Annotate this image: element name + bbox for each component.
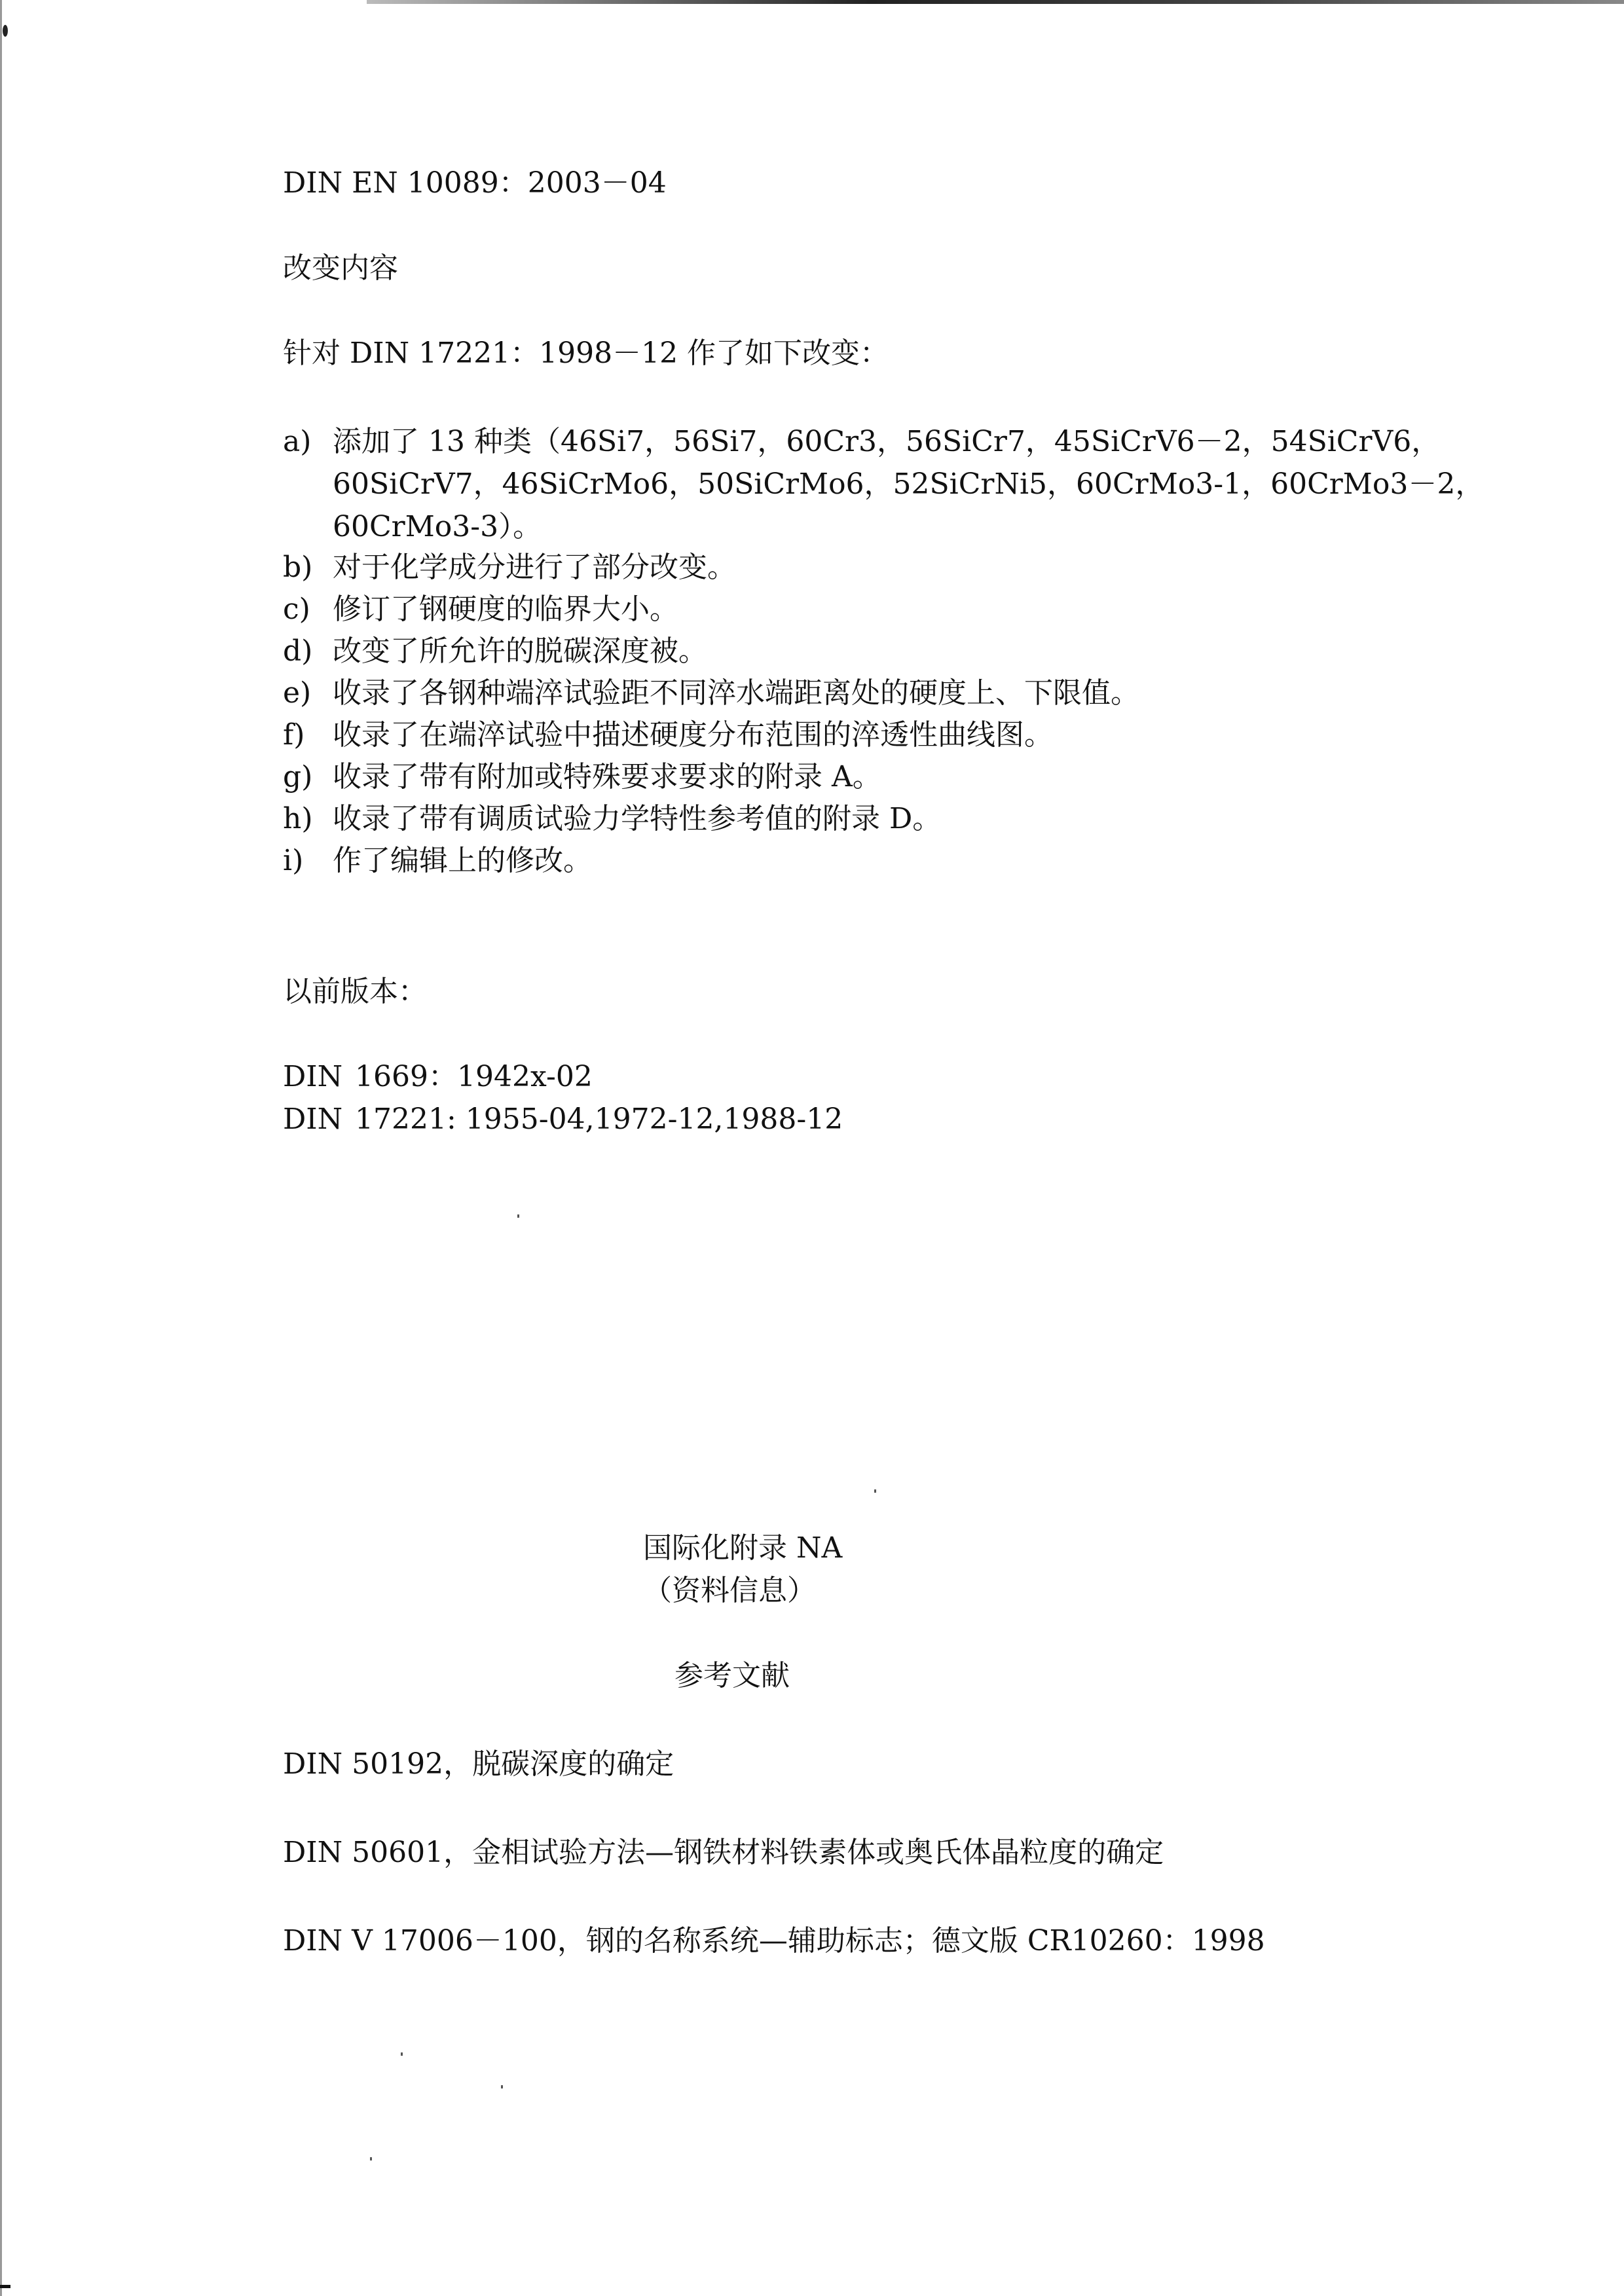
list-marker: d) bbox=[283, 633, 333, 670]
list-marker: i) bbox=[283, 843, 333, 879]
list-item-d: d)改变了所允许的脱碳深度被。 bbox=[283, 633, 707, 670]
list-item-text: 收录了带有附加或特殊要求要求的附录 A。 bbox=[333, 760, 881, 793]
list-item-h: h)收录了带有调质试验力学特性参考值的附录 D。 bbox=[283, 801, 941, 837]
list-item-g: g)收录了带有附加或特殊要求要求的附录 A。 bbox=[283, 759, 881, 795]
edition-code: DIN bbox=[283, 1101, 355, 1138]
list-item-b: b)对于化学成分进行了部分改变。 bbox=[283, 549, 736, 586]
scan-speck bbox=[874, 1489, 876, 1493]
list-item-e: e)收录了各钢种端淬试验距不同淬水端距离处的硬度上、下限值。 bbox=[283, 675, 1139, 712]
list-item-text: 改变了所允许的脱碳深度被。 bbox=[333, 634, 707, 668]
scan-edge-top bbox=[367, 0, 1624, 4]
changes-intro: 针对 DIN 17221：1998－12 作了如下改变： bbox=[283, 335, 889, 372]
list-marker: e) bbox=[283, 675, 333, 712]
scan-speck bbox=[501, 2085, 503, 2088]
scan-speck bbox=[370, 2157, 372, 2160]
list-marker: f) bbox=[283, 717, 333, 754]
scan-punch-mark bbox=[3, 25, 8, 37]
list-marker: h) bbox=[283, 801, 333, 837]
list-marker: b) bbox=[283, 549, 333, 586]
bibliography-heading: 参考文献 bbox=[674, 1658, 790, 1694]
list-item-f: f)收录了在端淬试验中描述硬度分布范围的淬透性曲线图。 bbox=[283, 717, 1053, 754]
reference-item: DIN 50192，脱碳深度的确定 bbox=[283, 1746, 674, 1783]
standard-designation: DIN EN 10089：2003－04 bbox=[283, 165, 667, 202]
list-marker: g) bbox=[283, 759, 333, 795]
list-marker: a) bbox=[283, 424, 333, 460]
edition-text: 1669：1942x-02 bbox=[355, 1060, 593, 1093]
list-item-i: i)作了编辑上的修改。 bbox=[283, 843, 592, 879]
scan-speck bbox=[517, 1214, 519, 1218]
list-marker: c) bbox=[283, 591, 333, 628]
list-item-a-continuation: 60CrMo3-3）。 bbox=[333, 509, 542, 545]
list-item-text: 收录了各钢种端淬试验距不同淬水端距离处的硬度上、下限值。 bbox=[333, 676, 1139, 710]
scan-speck bbox=[401, 2052, 403, 2056]
reference-item: DIN V 17006－100，钢的名称系统—辅助标志；德文版 CR10260：… bbox=[283, 1923, 1265, 1959]
list-item-text: 修订了钢硬度的临界大小。 bbox=[333, 592, 678, 626]
annex-title: 国际化附录 NA bbox=[643, 1530, 842, 1567]
changes-heading: 改变内容 bbox=[283, 250, 398, 287]
list-item-text: 添加了 13 种类（46Si7，56Si7，60Cr3，56SiCr7，45Si… bbox=[333, 425, 1440, 458]
scan-edge-bottom bbox=[0, 2285, 10, 2288]
list-item-text: 收录了带有调质试验力学特性参考值的附录 D。 bbox=[333, 802, 941, 835]
edition-text: 17221: 1955-04,1972-12,1988-12 bbox=[355, 1102, 843, 1136]
previous-edition-entry: DIN17221: 1955-04,1972-12,1988-12 bbox=[283, 1101, 843, 1138]
list-item-c: c)修订了钢硬度的临界大小。 bbox=[283, 591, 678, 628]
previous-edition-entry: DIN1669：1942x-02 bbox=[283, 1059, 593, 1095]
edition-code: DIN bbox=[283, 1059, 355, 1095]
list-item-text: 对于化学成分进行了部分改变。 bbox=[333, 551, 736, 584]
list-item-a: a)添加了 13 种类（46Si7，56Si7，60Cr3，56SiCr7，45… bbox=[283, 424, 1440, 460]
list-item-a-continuation: 60SiCrV7，46SiCrMo6，50SiCrMo6，52SiCrNi5，6… bbox=[333, 466, 1484, 503]
previous-editions-heading: 以前版本： bbox=[283, 974, 427, 1010]
list-item-text: 收录了在端淬试验中描述硬度分布范围的淬透性曲线图。 bbox=[333, 718, 1053, 752]
annex-subtitle: （资料信息） bbox=[643, 1573, 816, 1609]
scan-edge-left bbox=[0, 0, 2, 2296]
reference-item: DIN 50601，金相试验方法—钢铁材料铁素体或奥氏体晶粒度的确定 bbox=[283, 1834, 1164, 1871]
list-item-text: 作了编辑上的修改。 bbox=[333, 844, 592, 877]
